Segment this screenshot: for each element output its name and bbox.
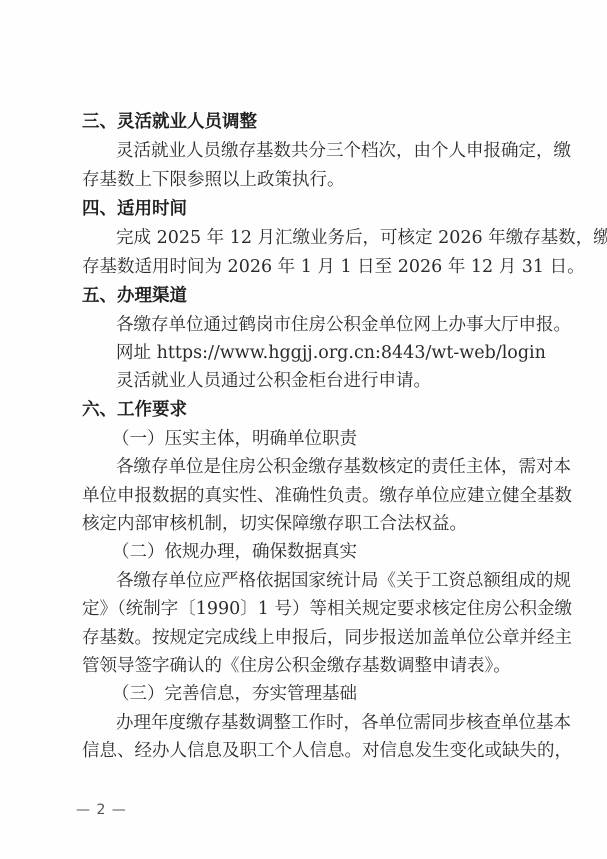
paragraph-line: 各缴存单位是住房公积金缴存基数核定的责任主体，需对本 [82, 453, 536, 481]
section-heading-4: 四、适用时间 [82, 195, 536, 223]
subsection-heading-2: （二）依规办理，确保数据真实 [82, 538, 536, 566]
paragraph-line: 管领导签字确认的《住房公积金缴存基数调整申请表》。 [82, 652, 536, 680]
document-page: 三、灵活就业人员调整 灵活就业人员缴存基数共分三个档次，由个人申报确定，缴 存基… [0, 0, 607, 859]
paragraph-line: 完成 2025 年 12 月汇缴业务后，可核定 2026 年缴存基数，缴 [82, 224, 536, 252]
paragraph-line: 各缴存单位应严格依据国家统计局《关于工资总额组成的规 [82, 567, 536, 595]
section-heading-3: 三、灵活就业人员调整 [82, 108, 536, 136]
paragraph-line: 单位申报数据的真实性、准确性负责。缴存单位应建立健全基数 [82, 482, 536, 510]
paragraph-line: 各缴存单位通过鹤岗市住房公积金单位网上办事大厅申报。 [82, 311, 536, 339]
subsection-heading-1: （一）压实主体，明确单位职责 [82, 425, 536, 453]
paragraph-line: 办理年度缴存基数调整工作时，各单位需同步核查单位基本 [82, 709, 536, 737]
paragraph-line: 灵活就业人员通过公积金柜台进行申请。 [82, 367, 536, 395]
website-url-line: 网址 https://www.hggjj.org.cn:8443/wt-web/… [82, 339, 536, 367]
page-number: — 2 — [76, 802, 127, 818]
paragraph-line: 定》（统制字〔1990〕1 号）等相关规定要求核定住房公积金缴 [82, 595, 536, 623]
section-heading-5: 五、办理渠道 [82, 282, 536, 310]
subsection-heading-3: （三）完善信息，夯实管理基础 [82, 680, 536, 708]
paragraph-line: 核定内部审核机制，切实保障缴存职工合法权益。 [82, 510, 536, 538]
section-heading-6: 六、工作要求 [82, 396, 536, 424]
paragraph-line: 信息、经办人信息及职工个人信息。对信息发生变化或缺失的， [82, 737, 536, 765]
paragraph-line: 灵活就业人员缴存基数共分三个档次，由个人申报确定，缴 [82, 137, 536, 165]
paragraph-line: 存基数适用时间为 2026 年 1 月 1 日至 2026 年 12 月 31 … [82, 253, 536, 281]
paragraph-line: 存基数上下限参照以上政策执行。 [82, 166, 536, 194]
paragraph-line: 存基数。按规定完成线上申报后，同步报送加盖单位公章并经主 [82, 624, 536, 652]
